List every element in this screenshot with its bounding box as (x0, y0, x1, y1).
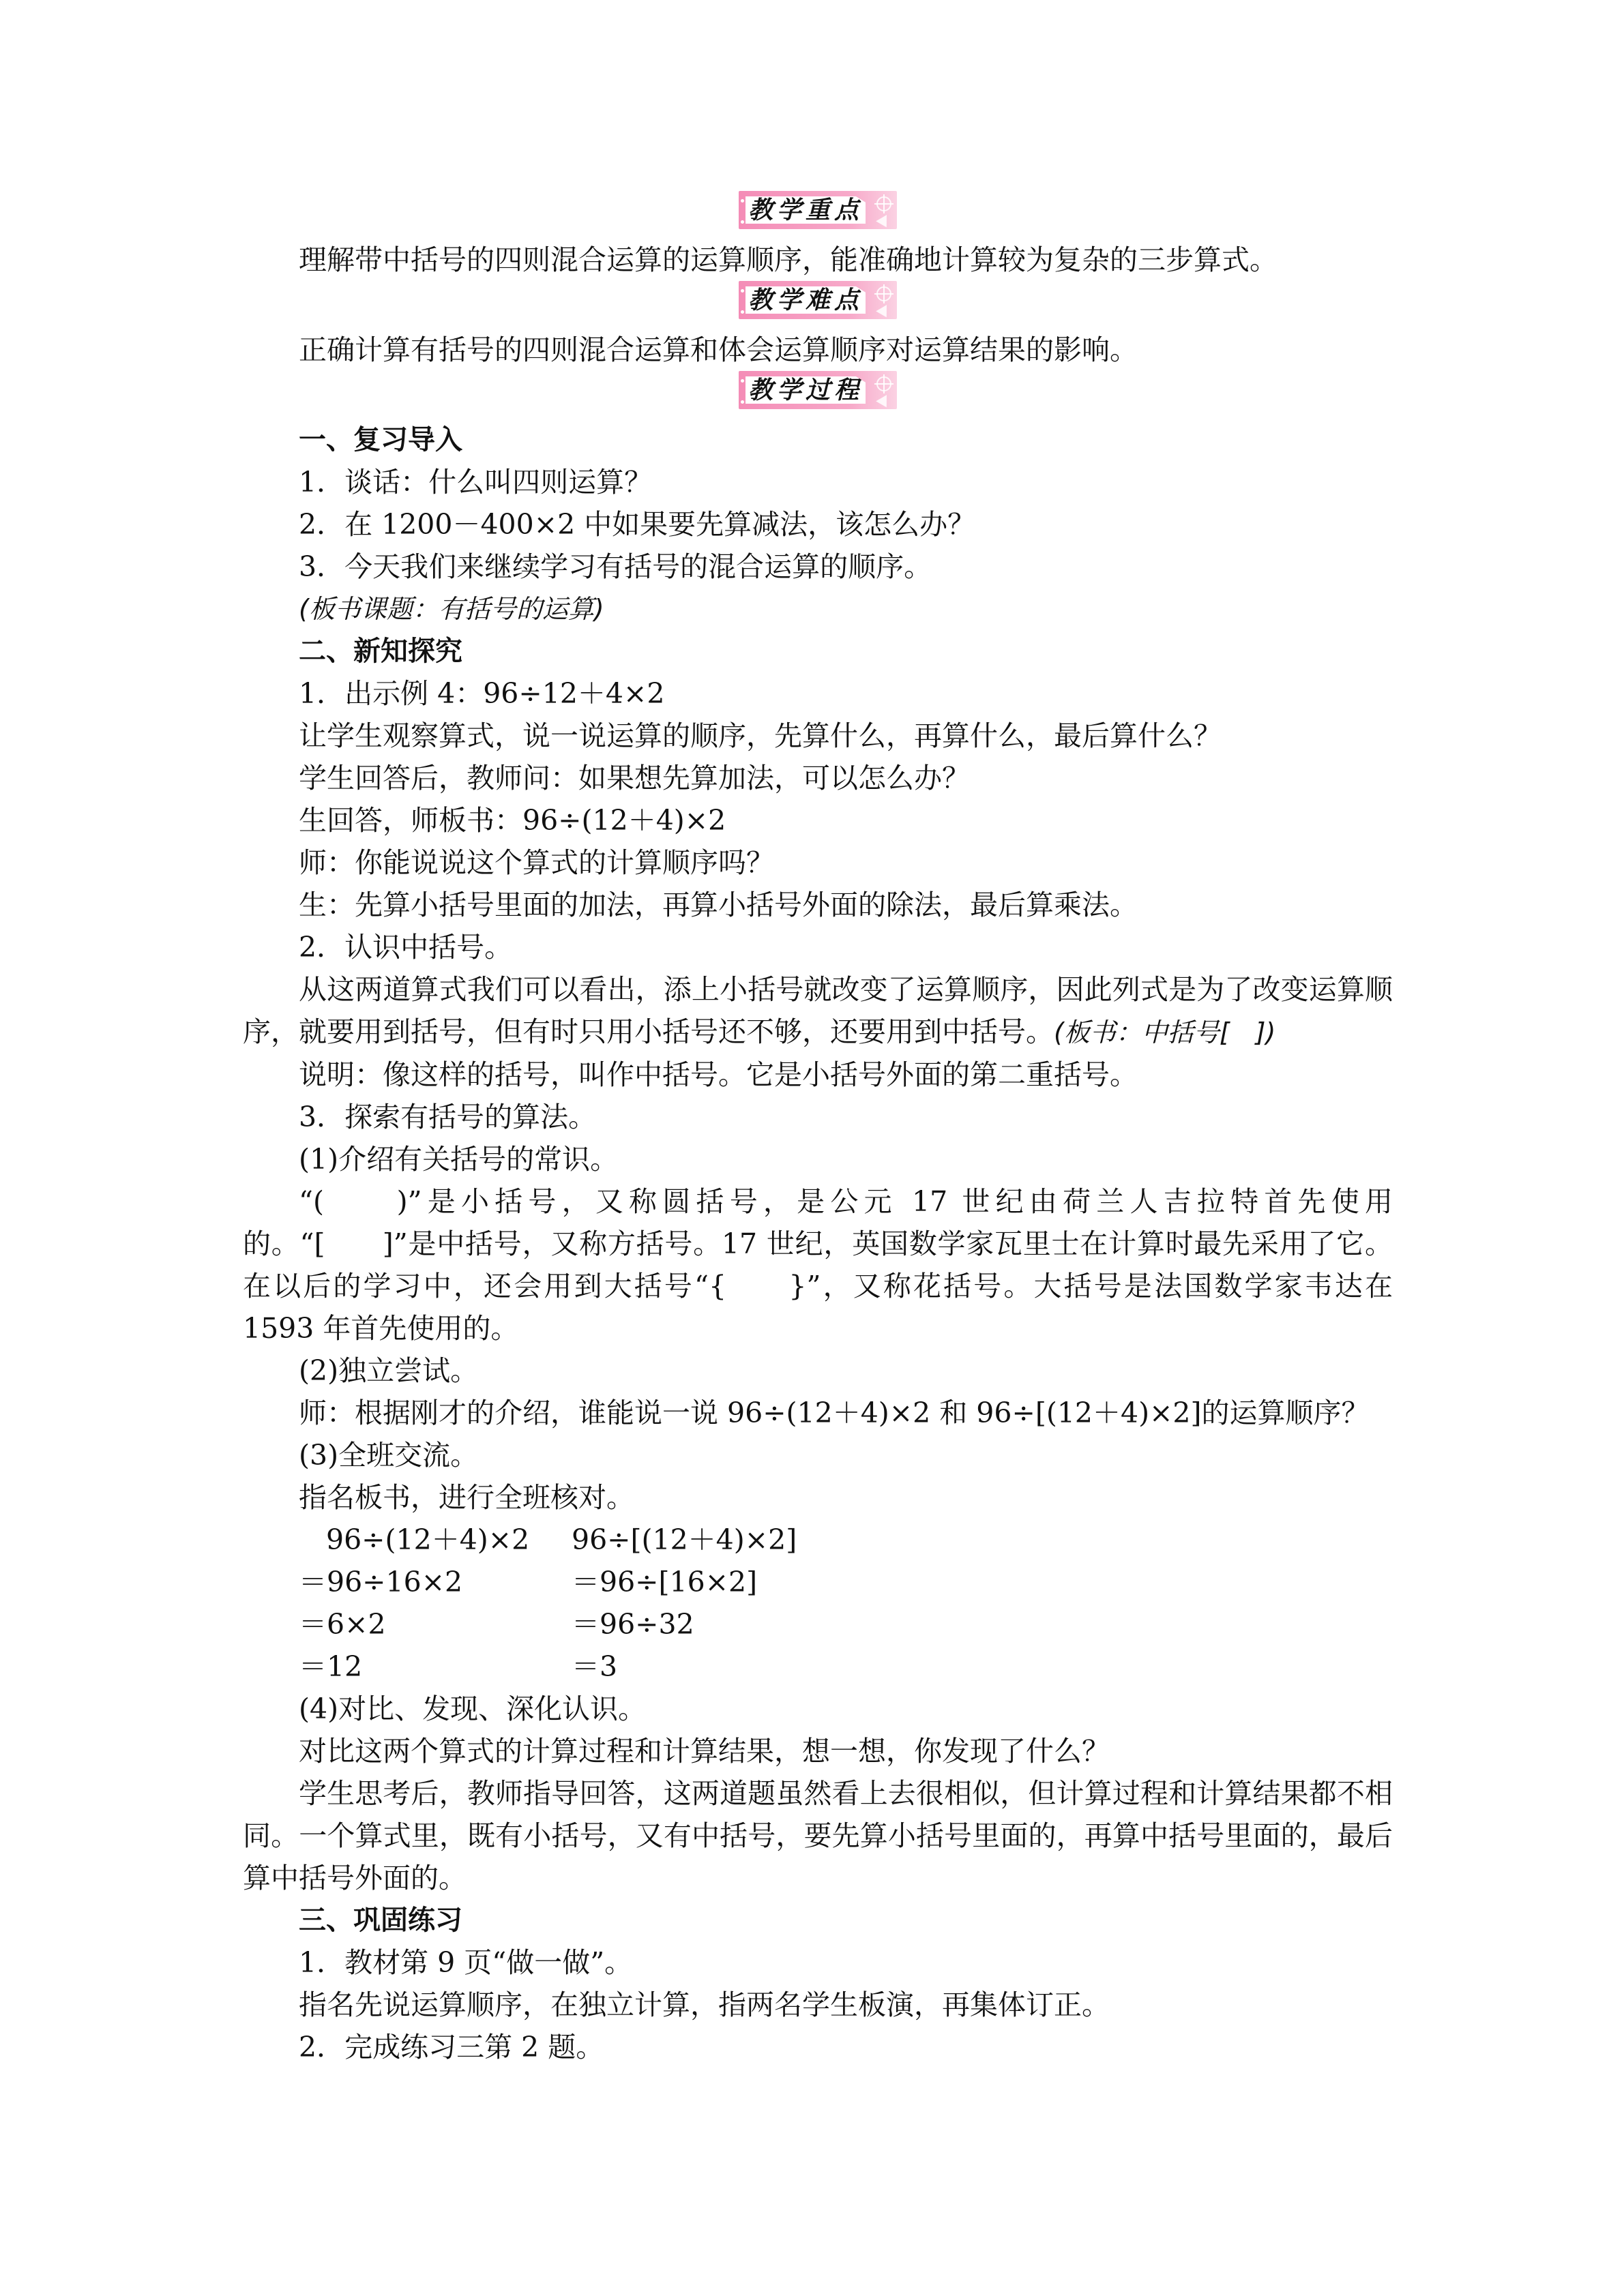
badge-dot-icon (741, 199, 744, 203)
badge-dot-icon (741, 400, 744, 404)
list-item: 2．完成练习三第 2 题。 (243, 2026, 1393, 2068)
badge-row-process: 教学过程 (243, 371, 1393, 416)
paragraph: 师：你能说说这个算式的计算顺序吗？ (243, 841, 1393, 884)
paragraph: 生回答，师板书：96÷(12＋4)×2 (243, 799, 1393, 841)
calculation-comparison: 96÷(12＋4)×2 96÷[(12＋4)×2] ＝96÷16×2 ＝96÷[… (243, 1519, 1393, 1688)
lesson-plan-page: 教学重点 理解带中括号的四则混合运算的运算顺序，能准确地计算较为复杂的三步算式。… (243, 191, 1393, 2068)
badge-dot-icon (741, 220, 744, 224)
process-badge: 教学过程 (739, 371, 897, 409)
paragraph: “( )”是小括号，又称圆括号，是公元 17 世纪由荷兰人吉拉特首先使用的。“[… (243, 1180, 1393, 1350)
difficulties-badge: 教学难点 (739, 281, 897, 319)
section-heading-explore: 二、新知探究 (243, 630, 1393, 672)
key-points-badge: 教学重点 (739, 191, 897, 229)
badge-dot-icon (741, 310, 744, 314)
calc-left-step: ＝12 (299, 1645, 572, 1688)
list-item: 1．教材第 9 页“做一做”。 (243, 1941, 1393, 1984)
badge-label: 教学难点 (745, 286, 866, 314)
paragraph: 让学生观察算式，说一说运算的顺序，先算什么，再算什么，最后算什么？ (243, 715, 1393, 757)
calc-right-step: ＝3 (572, 1645, 913, 1688)
paragraph: 从这两道算式我们可以看出，添上小括号就改变了运算顺序，因此列式是为了改变运算顺序… (243, 968, 1393, 1054)
calc-left-step: 96÷(12＋4)×2 (299, 1519, 572, 1561)
paragraph: 1．出示例 4：96÷12＋4×2 (243, 672, 1393, 715)
paragraph: 对比这两个算式的计算过程和计算结果，想一想，你发现了什么？ (243, 1730, 1393, 1772)
badge-label: 教学过程 (745, 376, 866, 404)
paragraph: (4)对比、发现、深化认识。 (243, 1688, 1393, 1730)
calc-left-step: ＝6×2 (299, 1603, 572, 1645)
paragraph: 2．认识中括号。 (243, 926, 1393, 968)
badge-dot-icon (741, 379, 744, 383)
arrow-icon (876, 392, 892, 408)
paragraph: 学生回答后，教师问：如果想先算加法，可以怎么办？ (243, 757, 1393, 799)
list-item: 1．谈话：什么叫四则运算？ (243, 461, 1393, 503)
badge-row-difficulties: 教学难点 (243, 281, 1393, 326)
paragraph: 指名板书，进行全班核对。 (243, 1476, 1393, 1519)
arrow-icon (876, 212, 892, 228)
calc-right-step: ＝96÷[16×2] (572, 1561, 913, 1603)
calc-left-step: ＝96÷16×2 (299, 1561, 572, 1603)
paragraph: (3)全班交流。 (243, 1434, 1393, 1476)
list-item: 指名先说运算顺序，在独立计算，指两名学生板演，再集体订正。 (243, 1984, 1393, 2026)
paragraph: 生：先算小括号里面的加法，再算小括号外面的除法，最后算乘法。 (243, 884, 1393, 926)
badge-row-key-points: 教学重点 (243, 191, 1393, 236)
list-item: 2．在 1200－400×2 中如果要先算减法，该怎么办？ (243, 503, 1393, 546)
calc-right-step: 96÷[(12＋4)×2] (572, 1519, 913, 1561)
paragraph: (1)介绍有关括号的常识。 (243, 1138, 1393, 1180)
arrow-icon (876, 302, 892, 318)
paragraph: 说明：像这样的括号，叫作中括号。它是小括号外面的第二重括号。 (243, 1054, 1393, 1096)
badge-dot-icon (741, 289, 744, 293)
difficulties-text: 正确计算有括号的四则混合运算和体会运算顺序对运算结果的影响。 (243, 329, 1393, 371)
section-heading-practice: 三、巩固练习 (243, 1899, 1393, 1941)
calc-right-step: ＝96÷32 (572, 1603, 913, 1645)
crosshair-icon (876, 376, 891, 391)
paragraph: 学生思考后，教师指导回答，这两道题虽然看上去很相似，但计算过程和计算结果都不相同… (243, 1772, 1393, 1899)
crosshair-icon (876, 196, 891, 211)
board-note: (板书：中括号[ ]) (1054, 1017, 1275, 1047)
section-heading-review: 一、复习导入 (243, 419, 1393, 461)
list-item: 3．今天我们来继续学习有括号的混合运算的顺序。 (243, 546, 1393, 588)
crosshair-icon (876, 286, 891, 301)
paragraph: 3．探索有括号的算法。 (243, 1096, 1393, 1138)
paragraph: (2)独立尝试。 (243, 1350, 1393, 1392)
badge-label: 教学重点 (745, 196, 866, 224)
paragraph: 师：根据刚才的介绍，谁能说一说 96÷(12＋4)×2 和 96÷[(12＋4)… (243, 1392, 1393, 1434)
key-points-text: 理解带中括号的四则混合运算的运算顺序，能准确地计算较为复杂的三步算式。 (243, 239, 1393, 281)
board-title-note: (板书课题：有括号的运算) (243, 588, 1393, 630)
